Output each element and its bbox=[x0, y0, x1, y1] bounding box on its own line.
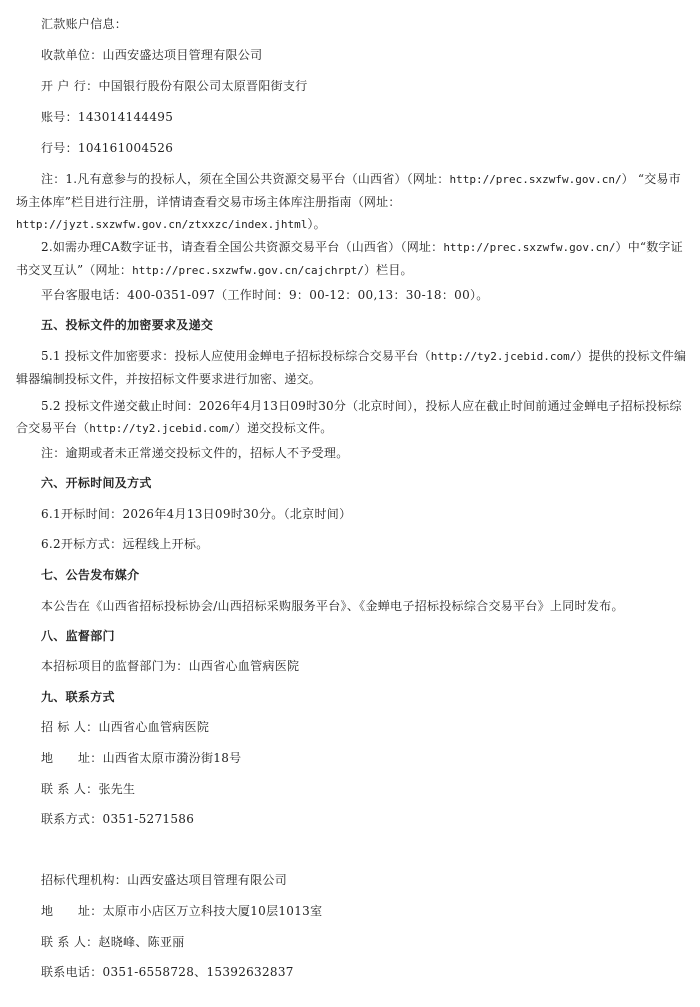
section-5-note: 注：逾期或者未正常递交投标文件的，招标人不予受理。 bbox=[41, 445, 349, 461]
payee-label: 收款单位： bbox=[41, 48, 103, 62]
agency-name-label: 招标代理机构： bbox=[41, 873, 127, 887]
section-5-2: 5.2 投标文件递交截止时间：2026年4月13日09时30分（北京时间），投标… bbox=[16, 395, 688, 440]
agency-name-line: 招标代理机构：山西安盛达项目管理有限公司 bbox=[41, 872, 287, 888]
agency-phone: 0351-6558728、15392632837 bbox=[103, 965, 294, 979]
supervisory-dept: 本招标项目的监督部门为：山西省心血管病医院 bbox=[41, 658, 299, 674]
section-5-1-text-a: 5.1 投标文件加密要求：投标人应使用金蝉电子招标投标综合交易平台（ bbox=[41, 349, 431, 363]
tenderer-name-label: 招 标 人： bbox=[41, 720, 98, 734]
tenderer-phone-line: 联系方式：0351-5271586 bbox=[41, 811, 194, 827]
note-2-url-prec[interactable]: http://prec.sxzwfw.gov.cn/ bbox=[443, 241, 615, 254]
note-1: 注：1.凡有意参与的投标人，须在全国公共资源交易平台（山西省）（网址：http:… bbox=[16, 168, 688, 236]
bank-code-label: 行号： bbox=[41, 141, 78, 155]
section-6-heading: 六、开标时间及方式 bbox=[41, 475, 152, 491]
note-2-text-a: 2.如需办理CA数字证书，请查看全国公共资源交易平台（山西省）（网址： bbox=[41, 240, 443, 254]
section-5-1: 5.1 投标文件加密要求：投标人应使用金蝉电子招标投标综合交易平台（http:/… bbox=[16, 345, 688, 390]
tenderer-name: 山西省心血管病医院 bbox=[98, 720, 209, 734]
section-9-heading: 九、联系方式 bbox=[41, 689, 115, 705]
account-line: 账号：143014144495 bbox=[41, 109, 173, 125]
bank-value: 中国银行股份有限公司太原晋阳街支行 bbox=[98, 79, 307, 93]
agency-address-label: 地 址： bbox=[41, 904, 103, 918]
payee-value: 山西安盛达项目管理有限公司 bbox=[103, 48, 263, 62]
section-5-2-text-b: ）递交投标文件。 bbox=[235, 421, 333, 435]
agency-contact-label: 联 系 人： bbox=[41, 935, 98, 949]
agency-phone-line: 联系电话：0351-6558728、15392632837 bbox=[41, 964, 294, 980]
platform-hotline: 平台客服电话：400-0351-097（工作时间：9：00-12：00,13：3… bbox=[41, 287, 489, 303]
tenderer-name-line: 招 标 人：山西省心血管病医院 bbox=[41, 719, 209, 735]
note-1-text-a: 注：1.凡有意参与的投标人，须在全国公共资源交易平台（山西省）（网址： bbox=[41, 172, 449, 186]
tenderer-phone: 0351-5271586 bbox=[103, 812, 195, 826]
agency-phone-label: 联系电话： bbox=[41, 965, 103, 979]
tenderer-address-line: 地 址：山西省太原市漪汾街18号 bbox=[41, 750, 241, 766]
document-page: 汇款账户信息： 收款单位：山西安盛达项目管理有限公司 开 户 行：中国银行股份有… bbox=[0, 0, 700, 1007]
bid-opening-method: 6.2开标方式：远程线上开标。 bbox=[41, 536, 209, 552]
tenderer-address: 山西省太原市漪汾街18号 bbox=[103, 751, 242, 765]
bid-opening-time: 6.1开标时间：2026年4月13日09时30分。（北京时间） bbox=[41, 506, 351, 522]
note-2: 2.如需办理CA数字证书，请查看全国公共资源交易平台（山西省）（网址：http:… bbox=[16, 236, 688, 282]
bank-code-line: 行号：104161004526 bbox=[41, 140, 173, 156]
agency-contact: 赵晓峰、陈亚丽 bbox=[98, 935, 184, 949]
bank-code-value: 104161004526 bbox=[78, 141, 173, 155]
account-label: 账号： bbox=[41, 110, 78, 124]
agency-name: 山西安盛达项目管理有限公司 bbox=[127, 873, 287, 887]
tenderer-contact-label: 联 系 人： bbox=[41, 782, 98, 796]
note-2-url-cajchrpt[interactable]: http://prec.sxzwfw.gov.cn/cajchrpt/ bbox=[132, 264, 364, 277]
section-7-heading: 七、公告发布媒介 bbox=[41, 567, 139, 583]
jcebid-url-2[interactable]: http://ty2.jcebid.com/ bbox=[89, 422, 235, 435]
note-2-text-c: ）栏目。 bbox=[364, 263, 413, 277]
section-5-heading: 五、投标文件的加密要求及递交 bbox=[41, 317, 213, 333]
note-1-url-jyzt[interactable]: http://jyzt.sxzwfw.gov.cn/ztxxzc/index.j… bbox=[16, 218, 307, 231]
bank-line: 开 户 行：中国银行股份有限公司太原晋阳街支行 bbox=[41, 78, 308, 94]
tenderer-contact: 张先生 bbox=[98, 782, 135, 796]
jcebid-url-1[interactable]: http://ty2.jcebid.com/ bbox=[431, 350, 577, 363]
note-1-text-c: ）。 bbox=[307, 217, 325, 231]
note-1-url-prec[interactable]: http://prec.sxzwfw.gov.cn/ bbox=[449, 173, 621, 186]
tenderer-address-label: 地 址： bbox=[41, 751, 103, 765]
agency-address: 太原市小店区万立科技大厦10层1013室 bbox=[103, 904, 323, 918]
publication-media: 本公告在《山西省招标投标协会/山西招标采购服务平台》、《金蝉电子招标投标综合交易… bbox=[41, 598, 624, 614]
payee-line: 收款单位：山西安盛达项目管理有限公司 bbox=[41, 47, 262, 63]
tenderer-contact-line: 联 系 人：张先生 bbox=[41, 781, 135, 797]
bank-label: 开 户 行： bbox=[41, 79, 98, 93]
remittance-title: 汇款账户信息： bbox=[41, 16, 127, 32]
agency-address-line: 地 址：太原市小店区万立科技大厦10层1013室 bbox=[41, 903, 322, 919]
tenderer-phone-label: 联系方式： bbox=[41, 812, 103, 826]
account-value: 143014144495 bbox=[78, 110, 173, 124]
agency-contact-line: 联 系 人：赵晓峰、陈亚丽 bbox=[41, 934, 185, 950]
section-8-heading: 八、监督部门 bbox=[41, 628, 115, 644]
